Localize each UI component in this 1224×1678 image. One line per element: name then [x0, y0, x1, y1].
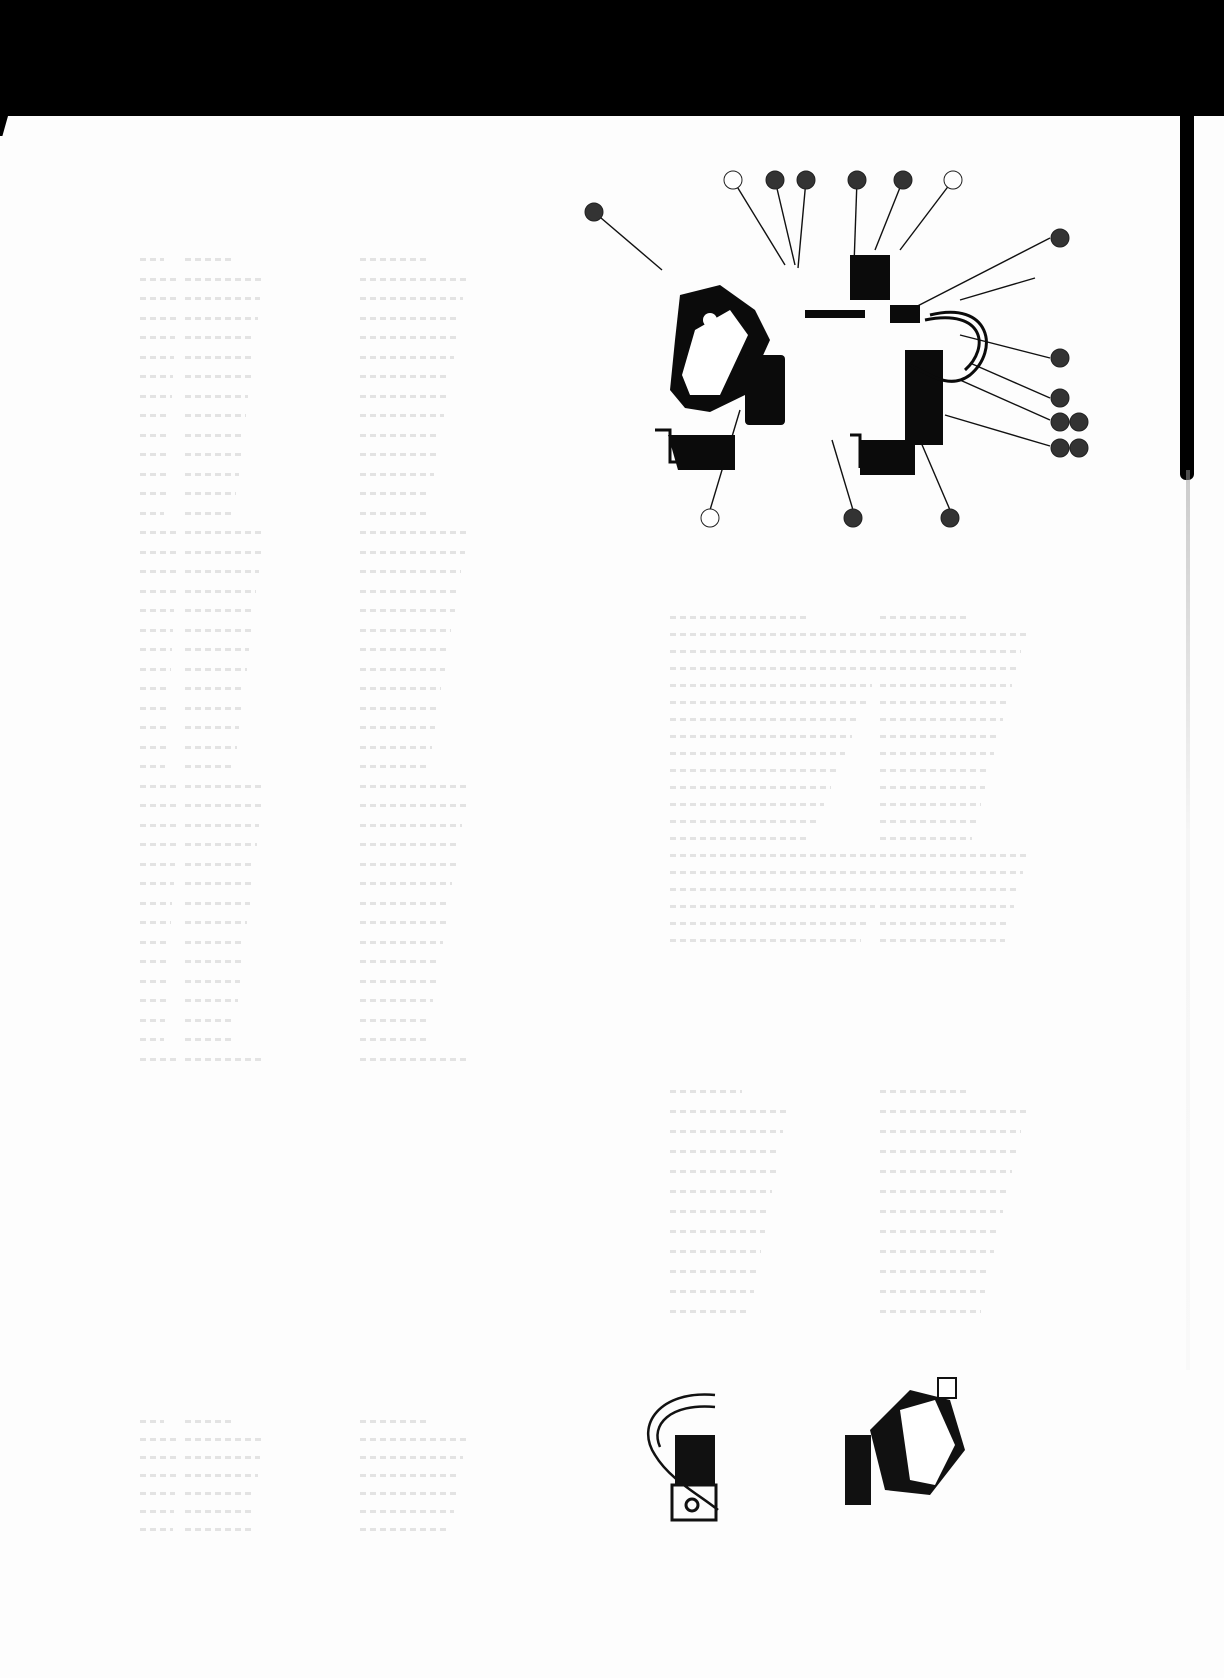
faded-text-line — [140, 921, 171, 924]
faded-text-line — [185, 921, 247, 924]
faded-text-line — [360, 960, 439, 963]
faded-text-line — [185, 863, 255, 866]
faded-text-line — [670, 752, 845, 755]
faded-text-line — [880, 1110, 1026, 1113]
faded-text-line — [140, 629, 173, 632]
faded-text-line — [360, 1438, 467, 1441]
faded-text-line — [670, 616, 808, 619]
faded-text-line — [185, 453, 241, 456]
coil-bracket-illustration — [630, 1385, 740, 1525]
faded-text-line — [880, 1290, 985, 1293]
faded-text-line — [185, 1058, 263, 1061]
faded-text-line — [140, 668, 171, 671]
faded-text-line — [185, 492, 236, 495]
faded-text-line — [670, 1310, 750, 1313]
faded-text-line — [185, 258, 233, 261]
faded-text-line — [880, 820, 976, 823]
faded-text-line — [360, 473, 434, 476]
faded-text-line — [360, 1420, 426, 1423]
faded-text-line — [185, 726, 239, 729]
faded-text-line — [360, 863, 456, 866]
faded-text-line — [360, 824, 462, 827]
faded-text-line — [140, 336, 175, 339]
faded-text-line — [140, 902, 172, 905]
faded-text-line — [140, 512, 164, 515]
page-edge-shadow — [1186, 470, 1190, 1370]
faded-text-line — [185, 1456, 260, 1459]
faded-text-line — [140, 765, 165, 768]
faded-text-line — [880, 803, 981, 806]
faded-text-line — [670, 684, 872, 687]
faded-text-line — [360, 492, 430, 495]
faded-text-line — [140, 609, 174, 612]
faded-text-line — [360, 609, 455, 612]
faded-text-line — [140, 1019, 165, 1022]
faded-text-line — [185, 570, 259, 573]
faded-text-line — [880, 1190, 1008, 1193]
faded-text-line — [670, 1250, 761, 1253]
faded-text-line — [360, 746, 432, 749]
faded-text-line — [880, 1230, 999, 1233]
faded-text-line — [185, 1474, 258, 1477]
faded-text-line — [140, 1474, 176, 1477]
faded-text-line — [140, 746, 166, 749]
faded-text-line — [670, 871, 889, 874]
faded-text-line — [140, 804, 178, 807]
faded-text-line — [880, 922, 1009, 925]
faded-text-line — [360, 921, 446, 924]
faded-text-line — [880, 1130, 1021, 1133]
faded-text-line — [185, 765, 235, 768]
faded-text-line — [880, 769, 990, 772]
faded-text-line — [140, 707, 168, 710]
faded-text-line — [185, 512, 234, 515]
faded-text-line — [360, 1019, 429, 1022]
faded-text-line — [880, 701, 1008, 704]
faded-text-line — [360, 317, 460, 320]
faded-text-line — [670, 1130, 783, 1133]
faded-text-line — [670, 1290, 754, 1293]
faded-text-line — [880, 888, 1018, 891]
faded-text-line — [670, 905, 875, 908]
faded-text-line — [360, 726, 435, 729]
faded-text-line — [670, 1230, 765, 1233]
faded-text-line — [880, 837, 972, 840]
faded-text-line — [140, 1420, 164, 1423]
faded-text-line — [140, 843, 176, 846]
faded-text-line — [140, 551, 178, 554]
faded-text-line — [140, 1492, 175, 1495]
faded-text-line — [360, 336, 457, 339]
faded-text-line — [360, 882, 452, 885]
faded-text-line — [185, 551, 261, 554]
faded-text-line — [185, 960, 243, 963]
faded-text-line — [140, 473, 167, 476]
faded-text-line — [670, 786, 831, 789]
faded-text-line — [140, 648, 172, 651]
faded-text-line — [185, 1510, 253, 1513]
faded-text-line — [360, 258, 426, 261]
faded-text-line — [140, 1058, 179, 1061]
faded-text-line — [140, 414, 170, 417]
faded-text-line — [185, 356, 253, 359]
faded-text-line — [185, 707, 242, 710]
faded-text-line — [670, 735, 852, 738]
faded-text-line — [670, 837, 810, 840]
faded-text-line — [880, 650, 1021, 653]
faded-text-line — [670, 633, 893, 636]
faded-text-line — [140, 863, 175, 866]
faded-text-line — [360, 1038, 426, 1041]
faded-text-line — [360, 707, 438, 710]
faded-text-line — [185, 278, 263, 281]
faded-text-line — [360, 629, 451, 632]
faded-text-line — [140, 1456, 178, 1459]
faded-text-line — [360, 980, 436, 983]
faded-text-line — [185, 629, 251, 632]
faded-text-line — [880, 1090, 970, 1093]
faded-text-line — [360, 414, 444, 417]
faded-text-line — [880, 1250, 994, 1253]
faded-text-line — [670, 718, 859, 721]
faded-text-line — [185, 668, 247, 671]
faded-text-line — [185, 531, 263, 534]
faded-text-line — [185, 785, 264, 788]
faded-text-line — [360, 765, 428, 768]
faded-text-line — [140, 258, 164, 261]
faded-text-line — [140, 395, 172, 398]
faded-text-line — [360, 590, 458, 593]
faded-text-line — [360, 941, 443, 944]
faded-text-line — [185, 902, 250, 905]
faded-text-line — [880, 735, 999, 738]
faded-text-line — [670, 1090, 742, 1093]
faded-text-line — [360, 843, 459, 846]
faded-text-line — [670, 803, 824, 806]
scan-header-band — [0, 0, 1224, 116]
faded-text-line — [185, 395, 248, 398]
faded-text-line — [670, 1190, 772, 1193]
faded-text-line — [185, 336, 255, 339]
faded-text-line — [880, 1210, 1003, 1213]
faded-text-line — [880, 1310, 981, 1313]
faded-text-line — [360, 551, 465, 554]
faded-text-line — [880, 786, 985, 789]
faded-text-line — [185, 824, 259, 827]
faded-text-line — [360, 278, 467, 281]
faded-text-line — [185, 473, 239, 476]
faded-text-line — [185, 804, 262, 807]
faded-text-line — [185, 1420, 233, 1423]
page-binding-edge — [1180, 110, 1194, 480]
faded-text-line — [185, 609, 254, 612]
faded-text-line — [880, 718, 1003, 721]
faded-text-line — [880, 939, 1005, 942]
faded-text-line — [360, 902, 449, 905]
faded-text-line — [670, 888, 882, 891]
faded-text-line — [360, 297, 463, 300]
faded-text-line — [670, 1270, 758, 1273]
faded-text-line — [360, 648, 448, 651]
faded-text-line — [880, 1150, 1017, 1153]
faded-text-line — [880, 667, 1017, 670]
faded-text-line — [185, 687, 244, 690]
faded-text-line — [185, 590, 256, 593]
exploded-view-diagram — [570, 150, 1130, 570]
faded-text-line — [670, 1150, 779, 1153]
faded-text-line — [880, 905, 1014, 908]
faded-text-line — [140, 317, 176, 320]
faded-text-line — [880, 1270, 990, 1273]
faded-text-line — [360, 453, 437, 456]
faded-text-line — [670, 939, 861, 942]
faded-text-line — [140, 1438, 179, 1441]
faded-text-line — [185, 999, 238, 1002]
faded-text-line — [360, 356, 454, 359]
faded-text-line — [670, 667, 879, 670]
faded-text-line — [185, 1528, 251, 1531]
faded-text-line — [360, 1492, 457, 1495]
faded-text-line — [670, 1170, 776, 1173]
faded-text-line — [140, 356, 174, 359]
faded-text-line — [140, 785, 180, 788]
faded-text-line — [140, 999, 166, 1002]
faded-text-line — [360, 375, 450, 378]
faded-text-line — [360, 434, 440, 437]
tilted-motor-illustration — [840, 1370, 980, 1520]
faded-text-line — [670, 820, 817, 823]
faded-text-line — [140, 882, 174, 885]
faded-text-line — [140, 726, 167, 729]
faded-text-line — [670, 769, 838, 772]
faded-text-line — [140, 297, 178, 300]
faded-text-line — [670, 854, 895, 857]
faded-text-line — [880, 1170, 1012, 1173]
faded-text-line — [140, 570, 177, 573]
faded-text-line — [140, 1528, 173, 1531]
faded-text-line — [140, 960, 169, 963]
faded-text-line — [880, 633, 1026, 636]
faded-text-line — [185, 1038, 233, 1041]
faded-text-line — [185, 414, 246, 417]
faded-text-line — [360, 668, 445, 671]
faded-text-line — [185, 882, 252, 885]
faded-text-line — [140, 941, 170, 944]
faded-text-line — [360, 785, 469, 788]
faded-text-line — [185, 317, 258, 320]
faded-text-line — [140, 375, 173, 378]
faded-text-line — [140, 590, 176, 593]
faded-text-line — [670, 650, 886, 653]
faded-text-line — [185, 941, 245, 944]
faded-text-line — [140, 687, 170, 690]
faded-text-line — [140, 1510, 174, 1513]
faded-text-line — [670, 701, 866, 704]
faded-text-line — [360, 1456, 463, 1459]
faded-text-line — [360, 1058, 467, 1061]
faded-text-line — [185, 1492, 255, 1495]
faded-text-line — [360, 804, 466, 807]
faded-text-line — [185, 746, 237, 749]
faded-text-line — [140, 492, 166, 495]
faded-text-line — [880, 684, 1012, 687]
faded-text-line — [185, 980, 240, 983]
faded-text-line — [185, 434, 243, 437]
faded-text-line — [185, 843, 257, 846]
faded-text-line — [880, 871, 1023, 874]
faded-text-line — [880, 854, 1027, 857]
faded-text-line — [140, 824, 177, 827]
faded-text-line — [360, 999, 433, 1002]
faded-text-line — [360, 512, 427, 515]
faded-text-line — [185, 648, 249, 651]
faded-text-line — [185, 375, 251, 378]
faded-text-line — [140, 453, 168, 456]
faded-text-line — [140, 980, 168, 983]
faded-text-line — [360, 395, 447, 398]
faded-text-line — [670, 922, 868, 925]
faded-text-line — [880, 752, 994, 755]
faded-text-line — [360, 1510, 454, 1513]
faded-text-line — [360, 687, 441, 690]
faded-text-line — [360, 570, 461, 573]
faded-text-line — [140, 1038, 164, 1041]
faded-text-line — [360, 531, 468, 534]
faded-text-line — [670, 1110, 786, 1113]
faded-text-line — [185, 1438, 263, 1441]
faded-text-line — [140, 531, 179, 534]
faded-text-line — [185, 297, 260, 300]
faded-text-line — [140, 434, 169, 437]
faded-text-line — [880, 616, 970, 619]
faded-text-line — [140, 278, 179, 281]
faded-text-line — [360, 1528, 450, 1531]
faded-text-line — [185, 1019, 235, 1022]
faded-text-line — [360, 1474, 460, 1477]
faded-text-line — [670, 1210, 768, 1213]
